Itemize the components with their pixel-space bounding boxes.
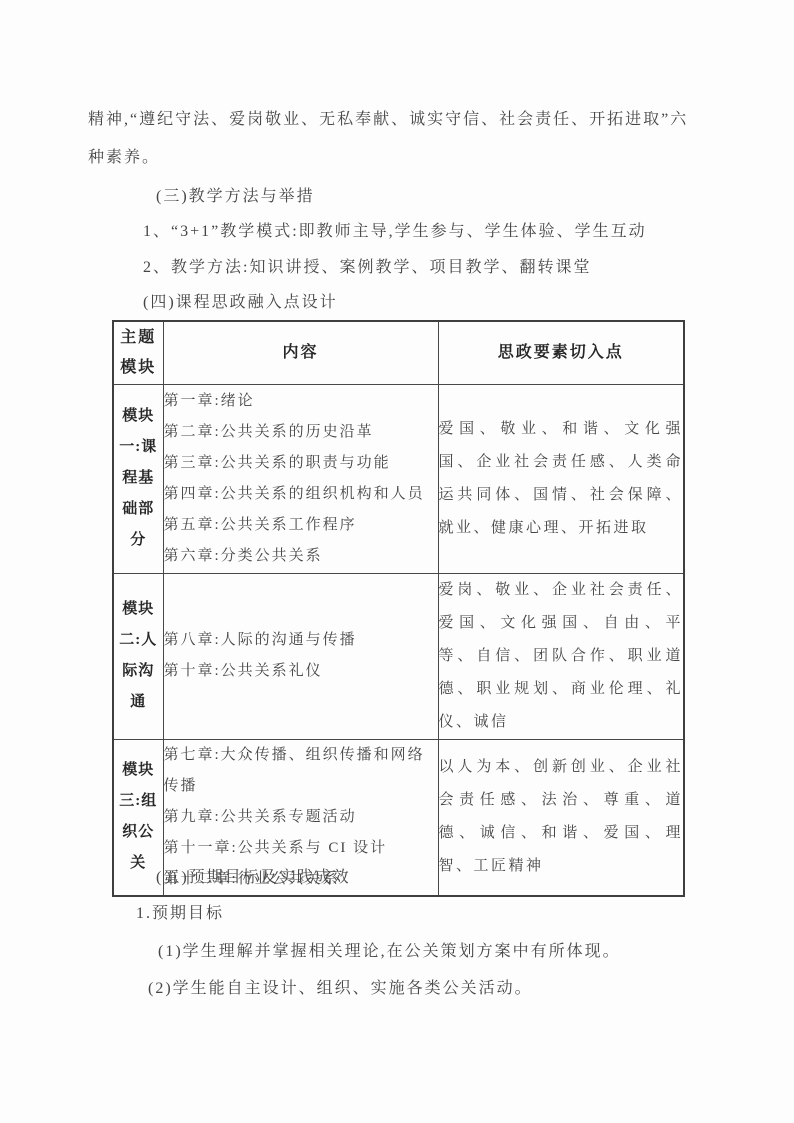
chapter-line: 第四章:公共关系的组织机构和人员 — [164, 479, 438, 510]
teaching-mode-item: 1、“3+1”教学模式:即教师主导,学生参与、学生体验、学生互动 — [143, 213, 647, 251]
chapter-line: 第八章:人际的沟通与传播 — [164, 625, 438, 656]
chapter-line: 第六章:分类公共关系 — [164, 541, 438, 572]
module-cell: 模块 一:课 程基 础部 分 — [113, 384, 163, 573]
goal-item-1: (1)学生理解并掌握相关理论,在公关策划方案中有所体现。 — [158, 933, 621, 971]
document-page: 精神,“遵纪守法、爱岗敬业、无私奉献、诚实守信、社会责任、开拓进取”六 种素养。… — [0, 0, 794, 1123]
goal-item-2: (2)学生能自主设计、组织、实施各类公关活动。 — [148, 970, 533, 1008]
points-cell: 爱岗、敬业、企业社会责任、爱国、文化强国、自由、平等、自信、团队合作、职业道德、… — [438, 573, 684, 739]
module-cell: 模块 二:人 际沟 通 — [113, 573, 163, 739]
chapter-line: 第九章:公共关系专题活动 — [164, 802, 438, 833]
chapter-line: 第十章:公共关系礼仪 — [164, 656, 438, 687]
chapter-line: 第七章:大众传播、组织传播和网络传播 — [164, 740, 438, 802]
column-header-points: 思政要素切入点 — [438, 321, 684, 384]
chapter-line: 第二章:公共关系的历史沿革 — [164, 417, 438, 448]
curriculum-ideology-table: 主题 模块 内容 思政要素切入点 模块 一:课 程基 础部 分 第一章:绪论 第… — [112, 320, 685, 897]
table-row: 模块 一:课 程基 础部 分 第一章:绪论 第二章:公共关系的历史沿革 第三章:… — [113, 384, 684, 573]
chapter-line: 第五章:公共关系工作程序 — [164, 510, 438, 541]
chapter-line: 第一章:绪论 — [164, 386, 438, 417]
section5-heading: (五)预期目标及实践成效 — [156, 859, 351, 897]
goals-heading: 1.预期目标 — [136, 895, 224, 933]
points-cell: 以人为本、创新创业、企业社会责任感、法治、尊重、道德、诚信、和谐、爱国、理智、工… — [438, 739, 684, 896]
teaching-method-item: 2、教学方法:知识讲授、案例教学、项目教学、翻转课堂 — [143, 249, 591, 287]
section4-heading: (四)课程思政融入点设计 — [143, 284, 338, 322]
section3-heading: (三)教学方法与举措 — [156, 178, 315, 216]
table-row: 模块 二:人 际沟 通 第八章:人际的沟通与传播 第十章:公共关系礼仪 爱岗、敬… — [113, 573, 684, 739]
points-cell: 爱国、敬业、和谐、文化强国、企业社会责任感、人类命运共同体、国情、社会保障、就业… — [438, 384, 684, 573]
content-cell: 第八章:人际的沟通与传播 第十章:公共关系礼仪 — [163, 573, 438, 739]
content-cell: 第一章:绪论 第二章:公共关系的历史沿革 第三章:公共关系的职责与功能 第四章:… — [163, 384, 438, 573]
intro-paragraph: 精神,“遵纪守法、爱岗敬业、无私奉献、诚实守信、社会责任、开拓进取”六 种素养。 — [88, 101, 712, 177]
table-header-row: 主题 模块 内容 思政要素切入点 — [113, 321, 684, 384]
column-header-module: 主题 模块 — [113, 321, 163, 384]
chapter-line: 第三章:公共关系的职责与功能 — [164, 448, 438, 479]
column-header-content: 内容 — [163, 321, 438, 384]
